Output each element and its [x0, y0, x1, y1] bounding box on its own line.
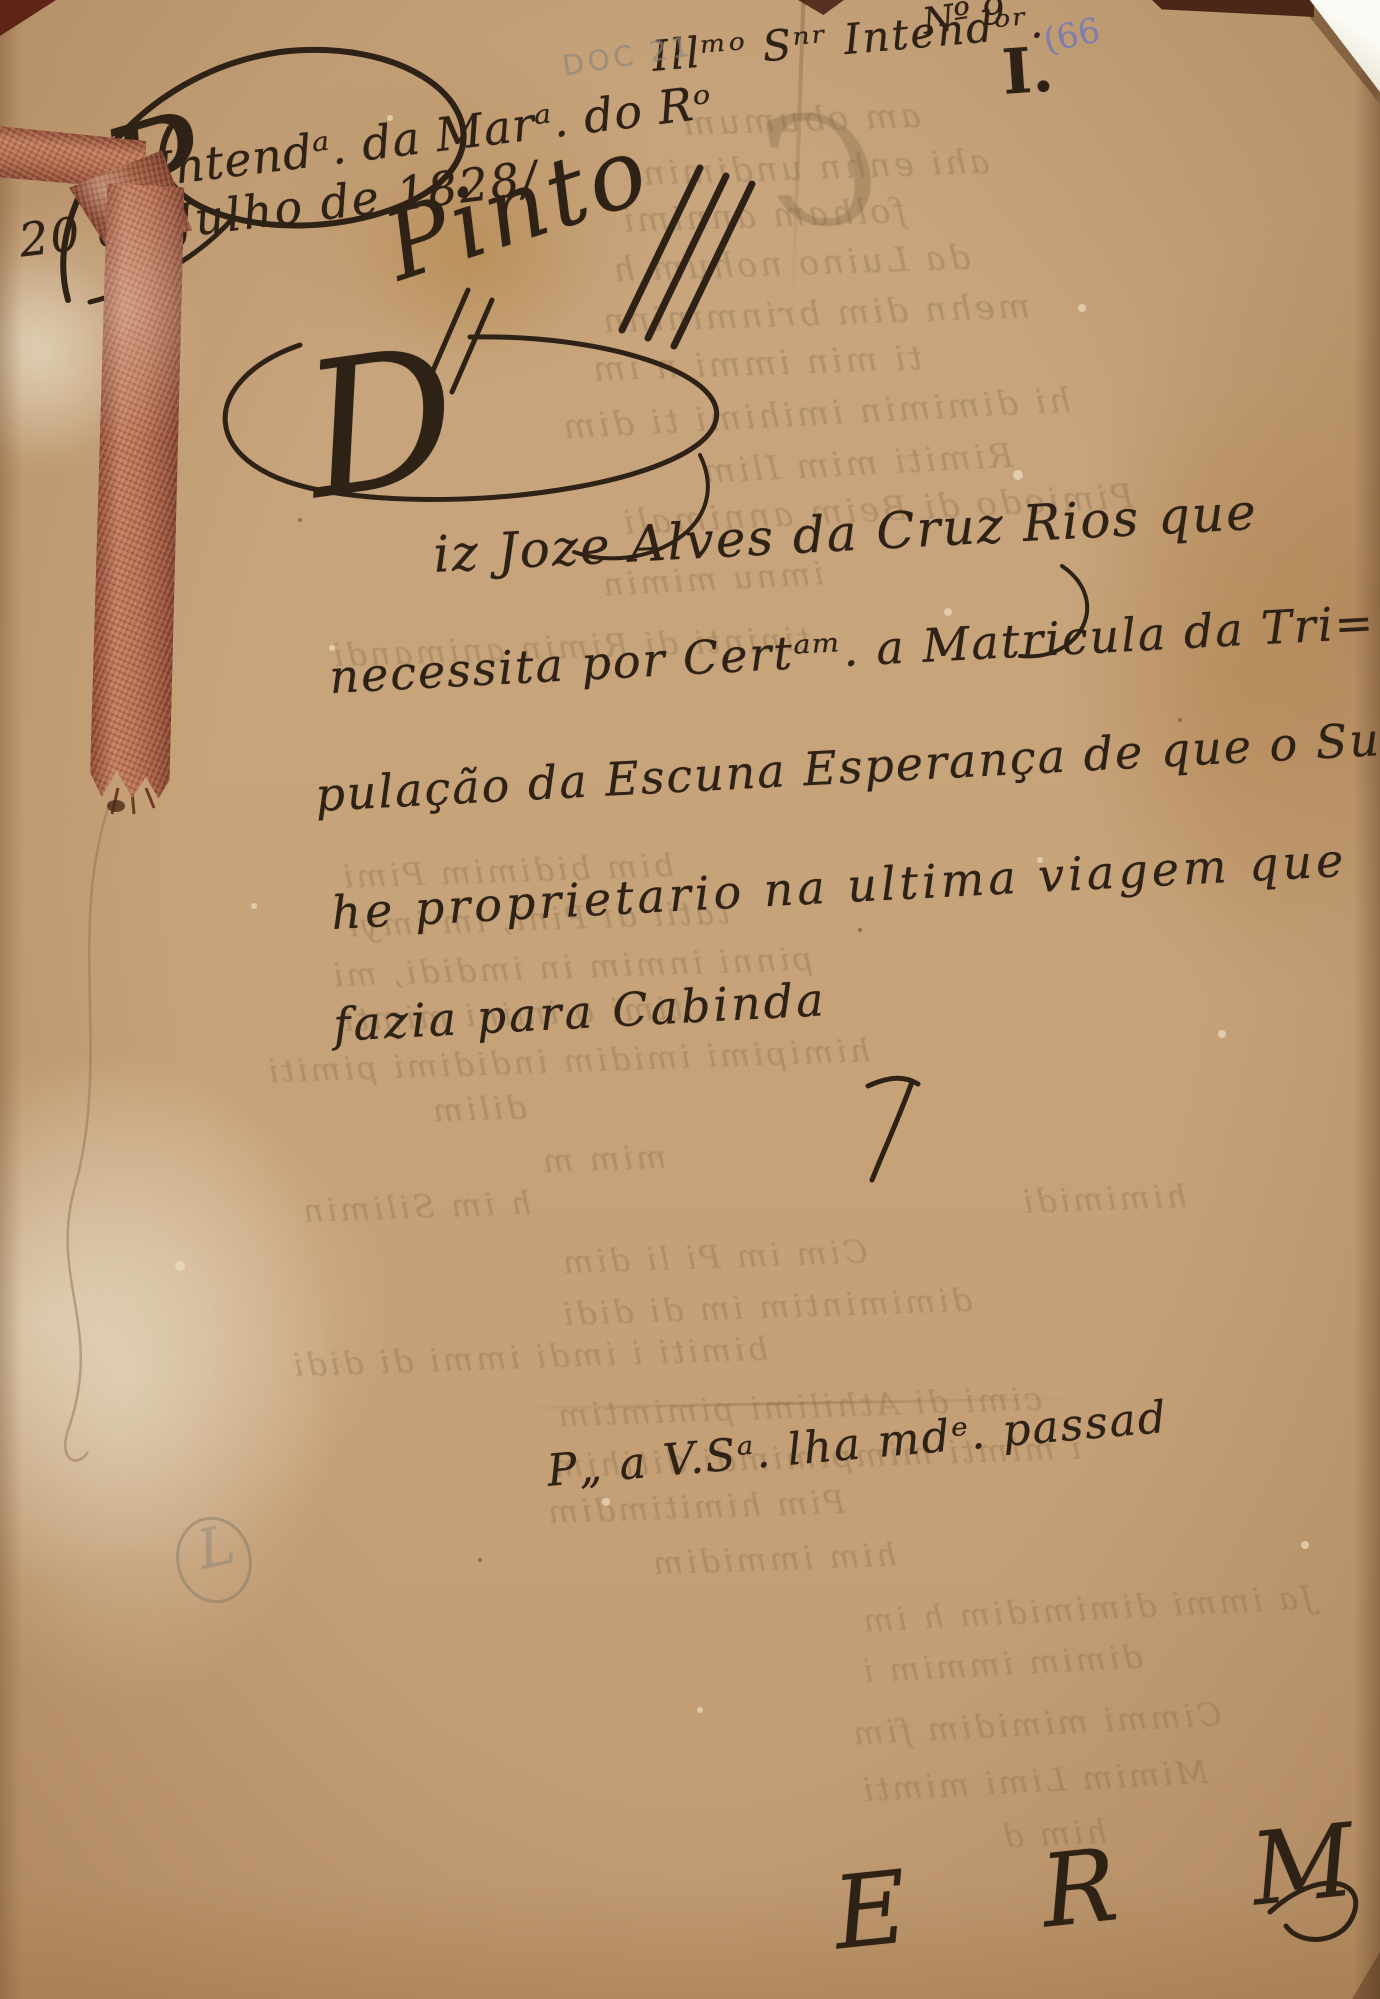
manuscript-scan: Cam obumumahi enhn undiminfolham annimid…	[0, 0, 1380, 1999]
paper-edge-shadow	[0, 0, 22, 1999]
paper-edge-shadow	[1354, 70, 1380, 1999]
body-initial-d: D	[292, 305, 470, 541]
